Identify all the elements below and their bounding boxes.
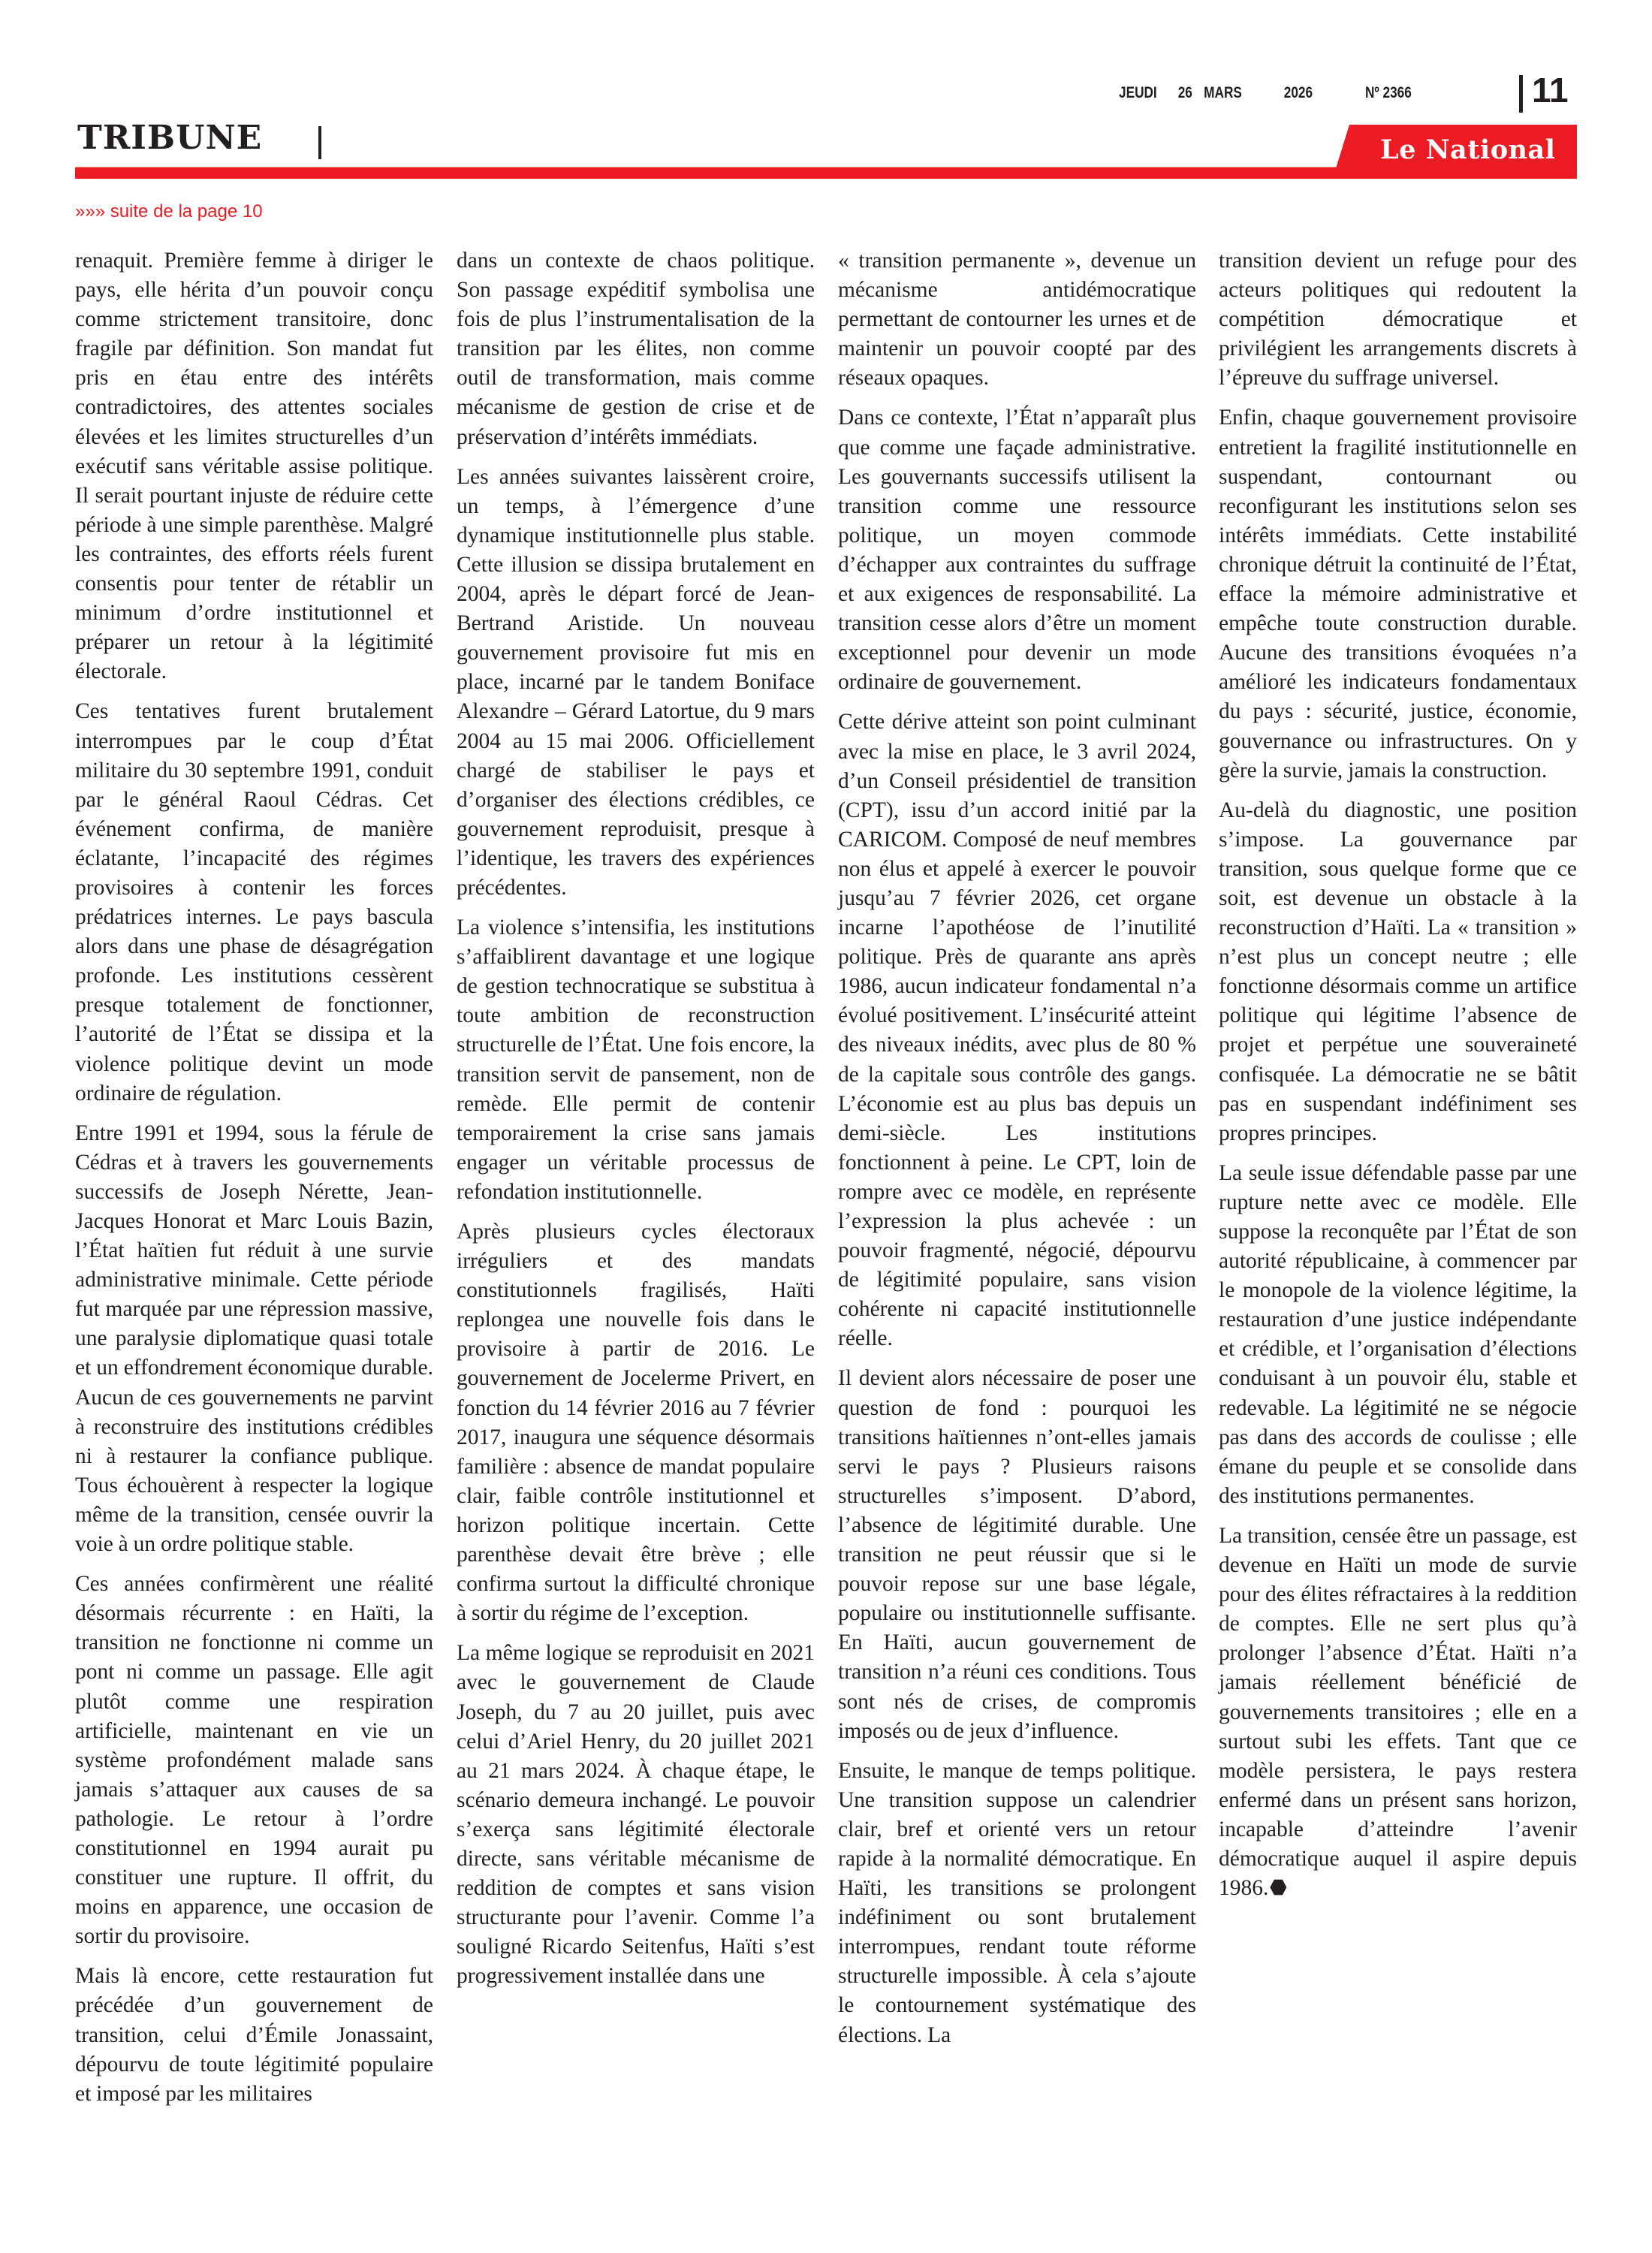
paragraph: Ces tentatives furent brutalement interr… [75,697,433,1108]
continued-from-label: »»» suite de la page 10 [75,201,263,222]
paragraph: renaquit. Première femme à diriger le pa… [75,246,433,686]
paragraph: Entre 1991 et 1994, sous la férule de Cé… [75,1119,433,1559]
paragraph: La même logique se reproduisit en 2021 a… [457,1639,815,1991]
paragraph: Ces années confirmèrent une réalité déso… [75,1570,433,1951]
paragraph: Mais là encore, cette restauration fut p… [75,1962,433,2108]
paragraph: transition devient un refuge pour des ac… [1219,246,1577,393]
paragraph: Les années suivantes laissèrent croire, … [457,463,815,903]
paragraph: Enfin, chaque gouvernement provisoire en… [1219,403,1577,785]
final-paragraph: La transition, censée être un passage, e… [1219,1522,1577,1903]
paragraph: Au-delà du diagnostic, une position s’im… [1219,796,1577,1148]
paragraph: La violence s’intensifia, les institutio… [457,913,815,1207]
final-paragraph-text: La transition, censée être un passage, e… [1219,1524,1577,1900]
paragraph: Ensuite, le manque de temps politique. U… [838,1757,1196,2050]
hexagon-end-mark-icon [1270,1879,1286,1896]
issue-month: MARS [1204,84,1242,102]
brand-logo-text: Le National [1380,129,1568,171]
issue-year: 2026 [1284,84,1313,102]
paragraph: Dans ce contexte, l’État n’apparaît plus… [838,403,1196,697]
paragraph: Après plusieurs cycles électoraux irrégu… [457,1217,815,1628]
paragraph: Cette dérive atteint son point culminant… [838,707,1196,1353]
page-number: 11 [1532,72,1569,108]
issue-day: JEUDI [1119,84,1157,102]
issue-meta: JEUDI 26 MARS 2026 Nº 2366 [1119,75,1439,105]
article-column-1: renaquit. Première femme à diriger le pa… [75,246,433,2119]
paragraph: dans un contexte de chaos politique. Son… [457,246,815,452]
paragraph: La seule issue défendable passe par une … [1219,1159,1577,1511]
paragraph: Il devient alors nécessaire de poser une… [838,1364,1196,1745]
section-divider [318,126,321,159]
article-column-4: transition devient un refuge pour des ac… [1219,246,1577,1914]
paragraph: « transition permanente », devenue un mé… [838,246,1196,393]
issue-number: Nº 2366 [1365,84,1412,102]
page-number-divider [1519,75,1523,113]
article-column-3: « transition permanente », devenue un mé… [838,246,1196,2061]
article-column-2: dans un contexte de chaos politique. Son… [457,246,815,2001]
issue-date: 26 [1178,84,1192,102]
section-title: TRIBUNE [77,119,262,158]
